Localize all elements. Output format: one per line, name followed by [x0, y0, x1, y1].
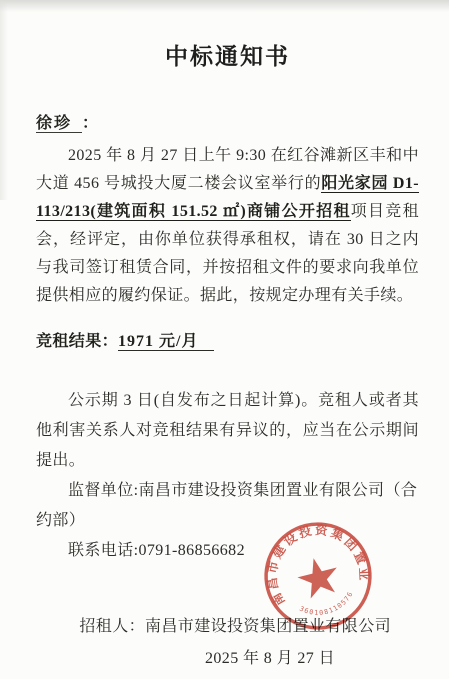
supervisor-line: 监督单位:南昌市建设投资集团置业有限公司（合约部）: [36, 476, 419, 536]
lessor-line: 招租人：南昌市建设投资集团置业有限公司: [36, 612, 419, 642]
date-line: 2025 年 8 月 27 日: [36, 642, 419, 676]
phone-line: 联系电话:0791-86856682: [36, 536, 419, 566]
bid-result-label: 竞租结果：: [36, 333, 118, 350]
scanned-document-page: 中标通知书 徐珍： 2025 年 8 月 27 日上午 9:30 在红谷滩新区丰…: [0, 0, 449, 679]
bid-result-value: 1971 元/月: [118, 333, 214, 351]
signature-block: 招租人：南昌市建设投资集团置业有限公司 2025 年 8 月 27 日: [36, 612, 419, 676]
salutation-colon: ：: [82, 115, 98, 132]
document-title: 中标通知书: [36, 42, 419, 72]
bid-result-line: 竞租结果：1971 元/月: [36, 328, 419, 356]
body-paragraph: 2025 年 8 月 27 日上午 9:30 在红谷滩新区丰和中大道 456 号…: [36, 142, 419, 310]
salutation-line: 徐珍：: [36, 110, 419, 138]
recipient-name: 徐珍: [36, 115, 82, 133]
public-notice-paragraph: 公示期 3 日(自发布之日起计算)。竞租人或者其他利害关系人对竞租结果有异议的，…: [36, 386, 419, 476]
document-content: 中标通知书 徐珍： 2025 年 8 月 27 日上午 9:30 在红谷滩新区丰…: [0, 0, 449, 676]
